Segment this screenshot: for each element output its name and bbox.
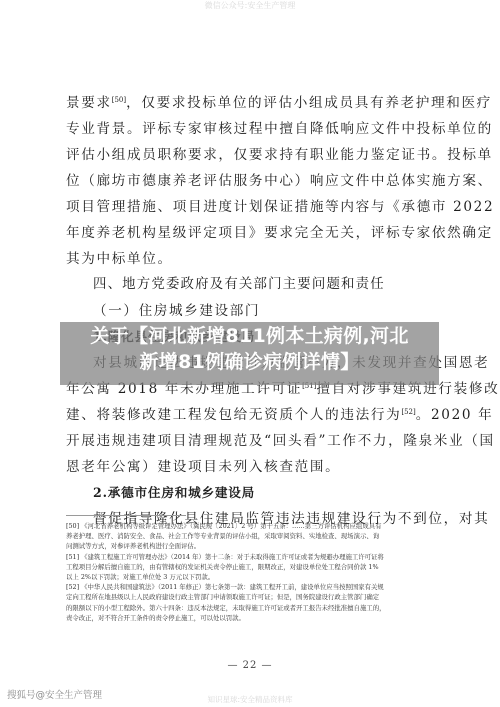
- item-heading-chengde-bureau: 2.承德市住房和城乡建设局: [66, 480, 438, 506]
- text-line: 项目管理措施、项目进度计划保证措施等内容与《承德市 2022: [66, 194, 438, 220]
- text-line: 专业背景。评标专家审核过程中擅自降低响应文件中投标单位的: [66, 116, 438, 142]
- section-heading-4: 四、地方党委政府及有关部门主要问题和责任: [66, 272, 438, 298]
- text-line: 开展违规违建项目清理规范及“回头看”工作不力，隆泉米业（国: [66, 428, 438, 454]
- text-line: 建、将装修改建工程发包给无资质个人的违法行为[52]。2020 年: [66, 402, 438, 428]
- paragraph-evaluation: 景要求[50]，仅要求投标单位的评估小组成员具有养老护理和医疗 专业背景。评标专…: [66, 90, 438, 272]
- footnote-ref-52[interactable]: [52]: [401, 408, 415, 416]
- banner-title-line-1: 关于【河北新增811例本土病例,河北: [60, 323, 439, 349]
- banner-title-line-2: 新增81例确诊病例详情】: [60, 349, 439, 375]
- document-page: 景要求[50]，仅要求投标单位的评估小组成员具有养老护理和医疗 专业背景。评标专…: [66, 90, 438, 532]
- text-line: 恩老年公寓）建设项目未列入核查范围。: [66, 454, 438, 480]
- subsection-heading-housing: （一）住房城乡建设部门: [66, 298, 438, 324]
- footnote-line: 工程项目分解后擅自施工的，由有管辖权的发证机关责令停止施工，限期改正，对建设单位…: [66, 562, 438, 572]
- footnote-ref-50[interactable]: [50]: [112, 96, 126, 104]
- text-line: 年度养老机构星级评定项目》要求完全无关，评标专家依然确定: [66, 220, 438, 246]
- footnote-line: 定向工程所在地县级以上人民政府建设行政主管部门申请领取施工许可证；但是，国务院建…: [66, 592, 438, 602]
- watermark-bottom-center: 知识星球:安全精品资料库: [0, 694, 500, 705]
- footnotes: [50] 《河北省养老机构等级评定管理办法》（冀民规〔2021〕2 号）第十五条…: [66, 521, 438, 623]
- watermark-top: 微信公众号:安全生产管理: [0, 0, 500, 12]
- footnote-line: [52] 《中华人民共和国建筑法》（2011 年修正）第七条第一款：建筑工程开工…: [66, 582, 438, 592]
- footnote-50: [50] 《河北省养老机构等级评定管理办法》（冀民规〔2021〕2 号）第十五条…: [66, 521, 438, 552]
- title-banner[interactable]: 关于【河北新增811例本土病例,河北 新增81例确诊病例详情】: [60, 323, 439, 375]
- footnote-line: 问测试等方式，对参评养老机构进行全面评估。: [66, 541, 438, 551]
- footnote-line: [51] 《建筑工程施工许可管理办法》（2014 年）第十二条：对于未取得施工许…: [66, 552, 438, 562]
- footnote-line: 责令改正，对不符合开工条件的责令停止施工，可以处以罚款。: [66, 613, 438, 623]
- footnote-divider: [66, 515, 186, 516]
- text-line: 位（廊坊市德康养老评估服务中心）响应文件中总体实施方案、: [66, 168, 438, 194]
- footnote-line: 以上 2%以下罚款；对施工单位处 3 万元以下罚款。: [66, 572, 438, 582]
- footnote-line: 的限额以下的小型工程除外。第六十四条：违反本法规定，未取得施工许可证或者开工报告…: [66, 603, 438, 613]
- footnote-line: 养老护理、医疗、消防安全、食品、社会工作等专业背景的评估小组，采取审阅资料、实地…: [66, 531, 438, 541]
- footnote-line: [50] 《河北省养老机构等级评定管理办法》（冀民规〔2021〕2 号）第十五条…: [66, 521, 438, 531]
- footnote-51: [51] 《建筑工程施工许可管理办法》（2014 年）第十二条：对于未取得施工许…: [66, 552, 438, 583]
- page-number: — 22 —: [0, 660, 500, 671]
- footnote-52: [52] 《中华人民共和国建筑法》（2011 年修正）第七条第一款：建筑工程开工…: [66, 582, 438, 623]
- text-line: 其为中标单位。: [66, 246, 438, 272]
- text-line: 景要求[50]，仅要求投标单位的评估小组成员具有养老护理和医疗: [66, 90, 438, 116]
- text-line: 评估小组成员职称要求，仅要求持有职业能力鉴定证书。投标单: [66, 142, 438, 168]
